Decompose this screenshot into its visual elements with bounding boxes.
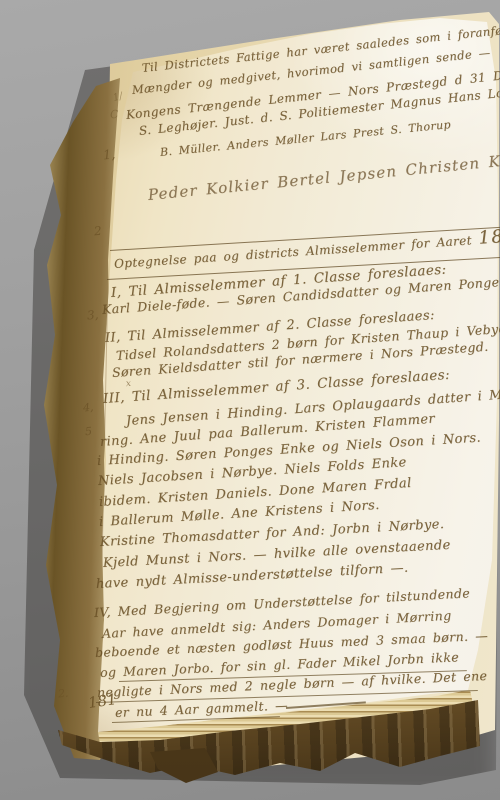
margin-number: 5 [84, 425, 92, 439]
margin-number: 2 [93, 224, 102, 239]
margin-number: 1, [102, 147, 116, 163]
margin-number: 4, [82, 401, 94, 415]
margin-mark: 2. [57, 687, 69, 701]
margin-mark: C [109, 108, 119, 122]
margin-mark: x [126, 379, 132, 389]
photo-of-ledger: { "palette": { "backdrop_grey": "#9d9d9d… [0, 0, 500, 800]
year-1813: 1813. [478, 224, 500, 249]
margin-number: 3, [86, 308, 99, 323]
